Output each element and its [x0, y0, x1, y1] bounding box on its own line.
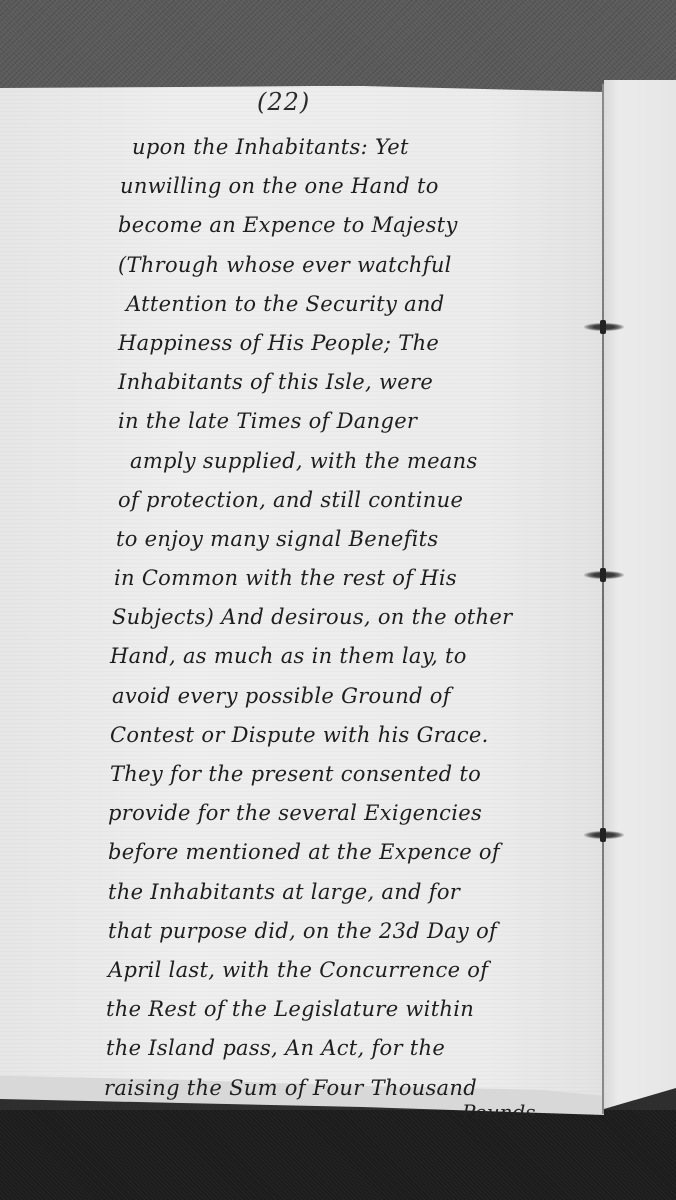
- text-line: April last, with the Concurrence of: [108, 951, 588, 990]
- text-line: provide for the several Exigencies: [108, 794, 588, 833]
- text-line: (Through whose ever watchful: [118, 246, 588, 285]
- manuscript-text: upon the Inhabitants: Yet unwilling on t…: [118, 128, 588, 1108]
- text-line: before mentioned at the Expence of: [108, 833, 588, 872]
- text-line: unwilling on the one Hand to: [120, 167, 588, 206]
- text-line: that purpose did, on the 23d Day of: [108, 912, 588, 951]
- stitch-hole-icon: [584, 571, 624, 579]
- binding-gutter: [602, 84, 604, 1114]
- text-line: the Island pass, An Act, for the: [106, 1029, 588, 1068]
- text-line: the Rest of the Legislature within: [106, 990, 588, 1029]
- background-surface-bottom: [0, 1110, 676, 1200]
- text-line: in Common with the rest of His: [114, 559, 588, 598]
- stitch-hole-icon: [584, 831, 624, 839]
- text-line: to enjoy many signal Benefits: [116, 520, 588, 559]
- text-line: Contest or Dispute with his Grace.: [110, 716, 588, 755]
- text-line: amply supplied, with the means: [130, 442, 588, 481]
- text-line: They for the present consented to: [110, 755, 588, 794]
- stitch-hole-icon: [584, 323, 624, 331]
- text-line: Inhabitants of this Isle, were: [118, 363, 588, 402]
- text-line: of protection, and still continue: [118, 481, 588, 520]
- text-line: Subjects) And desirous, on the other: [112, 598, 588, 637]
- text-line: Happiness of His People; The: [118, 324, 588, 363]
- text-line: the Inhabitants at large, and for: [108, 873, 588, 912]
- text-line: avoid every possible Ground of: [112, 677, 588, 716]
- text-line: in the late Times of Danger: [118, 402, 588, 441]
- text-line: upon the Inhabitants: Yet: [132, 128, 588, 167]
- catchword: Pounds: [462, 1100, 536, 1124]
- text-line: Hand, as much as in them lay, to: [110, 637, 588, 676]
- text-line: become an Expence to Majesty: [118, 206, 588, 245]
- page-number: (22): [257, 88, 310, 116]
- facing-page: [604, 80, 676, 1130]
- text-line: Attention to the Security and: [126, 285, 588, 324]
